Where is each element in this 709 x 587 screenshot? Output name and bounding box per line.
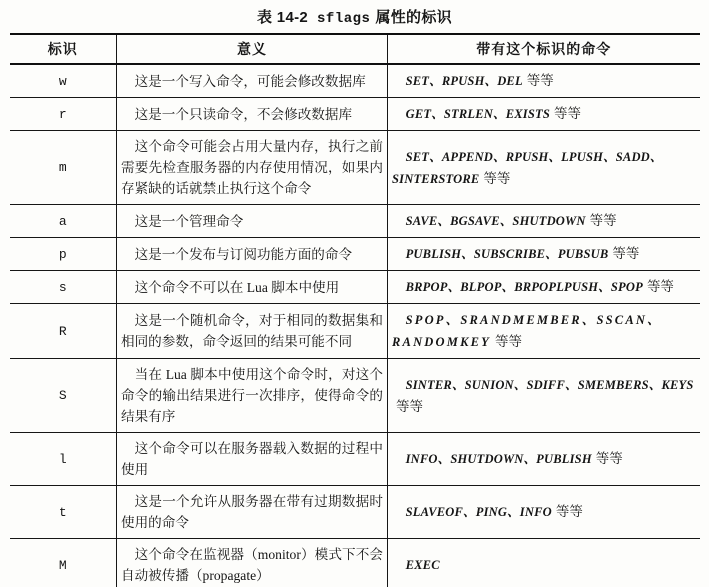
etc-suffix: 等等 [396, 399, 423, 414]
command-names: SPOP、SRANDMEMBER、SSCAN、RANDOMKEY [392, 313, 662, 349]
flag-cell: r [10, 98, 117, 131]
meaning-cell: 这个命令在监视器（monitor）模式下不会自动被传播（propagate） [117, 539, 388, 587]
meaning-cell: 这个命令可能会占用大量内存，执行之前需要先检查服务器的内存使用情况，如果内存紧缺… [117, 131, 388, 205]
table-row: w 这是一个写入命令，可能会修改数据库 SET、RPUSH、DEL等等 [10, 64, 700, 98]
command-names: SET、APPEND、RPUSH、LPUSH、SADD、SINTERSTORE [392, 150, 663, 186]
commands-cell: SINTER、SUNION、SDIFF、SMEMBERS、KEYS等等 [388, 359, 700, 433]
table-row: R 这是一个随机命令，对于相同的数据集和相同的参数，命令返回的结果可能不同 SP… [10, 304, 700, 359]
table-row: l 这个命令可以在服务器载入数据的过程中使用 INFO、SHUTDOWN、PUB… [10, 433, 700, 486]
command-names: SLAVEOF、PING、INFO [406, 505, 552, 519]
flag-cell: a [10, 205, 117, 238]
commands-text: SPOP、SRANDMEMBER、SSCAN、RANDOMKEY等等 [392, 309, 696, 353]
table-body: w 这是一个写入命令，可能会修改数据库 SET、RPUSH、DEL等等 r 这是… [10, 64, 700, 587]
command-names: SET、RPUSH、DEL [406, 74, 523, 88]
commands-cell: SET、APPEND、RPUSH、LPUSH、SADD、SINTERSTORE等… [388, 131, 700, 205]
command-names: SAVE、BGSAVE、SHUTDOWN [406, 214, 586, 228]
etc-suffix: 等等 [495, 334, 522, 349]
meaning-text: 这是一个只读命令，不会修改数据库 [121, 104, 383, 125]
meaning-cell: 当在 Lua 脚本中使用这个命令时，对这个命令的输出结果进行一次排序，使得命令的… [117, 359, 388, 433]
meaning-cell: 这是一个管理命令 [117, 205, 388, 238]
commands-text: EXEC [392, 554, 696, 576]
caption-code-term: sflags [317, 11, 370, 27]
flag-cell: w [10, 64, 117, 98]
commands-text: SLAVEOF、PING、INFO等等 [392, 501, 696, 523]
commands-cell: SLAVEOF、PING、INFO等等 [388, 486, 700, 539]
meaning-text: 这是一个发布与订阅功能方面的命令 [121, 244, 383, 265]
meaning-text: 这个命令不可以在 Lua 脚本中使用 [121, 277, 383, 298]
commands-cell: SET、RPUSH、DEL等等 [388, 64, 700, 98]
commands-text: SET、APPEND、RPUSH、LPUSH、SADD、SINTERSTORE等… [392, 146, 696, 190]
table-caption: 表 14-2sflags属性的标识 [0, 0, 709, 27]
meaning-text: 这个命令可能会占用大量内存，执行之前需要先检查服务器的内存使用情况，如果内存紧缺… [121, 136, 383, 199]
flag-cell: m [10, 131, 117, 205]
commands-text: SINTER、SUNION、SDIFF、SMEMBERS、KEYS等等 [392, 374, 696, 417]
meaning-cell: 这是一个写入命令，可能会修改数据库 [117, 64, 388, 98]
table-row: m 这个命令可能会占用大量内存，执行之前需要先检查服务器的内存使用情况，如果内存… [10, 131, 700, 205]
commands-text: SET、RPUSH、DEL等等 [392, 70, 696, 92]
table-row: p 这是一个发布与订阅功能方面的命令 PUBLISH、SUBSCRIBE、PUB… [10, 238, 700, 271]
header-row: 标识 意义 带有这个标识的命令 [10, 34, 700, 64]
commands-cell: SAVE、BGSAVE、SHUTDOWN等等 [388, 205, 700, 238]
meaning-text: 这是一个允许从服务器在带有过期数据时使用的命令 [121, 491, 383, 533]
etc-suffix: 等等 [483, 171, 510, 186]
flag-cell: t [10, 486, 117, 539]
commands-cell: EXEC [388, 539, 700, 587]
meaning-cell: 这是一个允许从服务器在带有过期数据时使用的命令 [117, 486, 388, 539]
scanned-book-page: 表 14-2sflags属性的标识 标识 意义 带有这个标识的命令 w 这是一个… [0, 0, 709, 587]
flag-cell: M [10, 539, 117, 587]
flag-cell: l [10, 433, 117, 486]
etc-suffix: 等等 [590, 213, 617, 228]
command-names: PUBLISH、SUBSCRIBE、PUBSUB [406, 247, 609, 261]
meaning-text: 这个命令在监视器（monitor）模式下不会自动被传播（propagate） [121, 544, 383, 586]
flag-cell: s [10, 271, 117, 304]
caption-table-number: 表 14-2 [257, 9, 308, 26]
meaning-text: 这是一个管理命令 [121, 211, 383, 232]
sflags-table: 标识 意义 带有这个标识的命令 w 这是一个写入命令，可能会修改数据库 SET、… [10, 33, 700, 587]
meaning-text: 这个命令可以在服务器载入数据的过程中使用 [121, 438, 383, 480]
etc-suffix: 等等 [596, 451, 623, 466]
commands-cell: GET、STRLEN、EXISTS等等 [388, 98, 700, 131]
table-row: M 这个命令在监视器（monitor）模式下不会自动被传播（propagate）… [10, 539, 700, 587]
flag-cell: S [10, 359, 117, 433]
command-names: INFO、SHUTDOWN、PUBLISH [406, 452, 592, 466]
commands-text: GET、STRLEN、EXISTS等等 [392, 103, 696, 125]
column-header-meaning: 意义 [117, 34, 388, 64]
etc-suffix: 等等 [527, 73, 554, 88]
caption-title-text: 属性的标识 [375, 9, 452, 26]
commands-text: BRPOP、BLPOP、BRPOPLPUSH、SPOP等等 [392, 276, 696, 298]
command-names: EXEC [406, 558, 440, 572]
commands-cell: BRPOP、BLPOP、BRPOPLPUSH、SPOP等等 [388, 271, 700, 304]
command-names: SINTER、SUNION、SDIFF、SMEMBERS、KEYS [406, 378, 694, 392]
etc-suffix: 等等 [554, 106, 581, 121]
table-row: a 这是一个管理命令 SAVE、BGSAVE、SHUTDOWN等等 [10, 205, 700, 238]
meaning-cell: 这个命令不可以在 Lua 脚本中使用 [117, 271, 388, 304]
meaning-text: 当在 Lua 脚本中使用这个命令时，对这个命令的输出结果进行一次排序，使得命令的… [121, 364, 383, 427]
etc-suffix: 等等 [647, 279, 674, 294]
meaning-cell: 这个命令可以在服务器载入数据的过程中使用 [117, 433, 388, 486]
commands-text: PUBLISH、SUBSCRIBE、PUBSUB等等 [392, 243, 696, 265]
etc-suffix: 等等 [556, 504, 583, 519]
commands-cell: PUBLISH、SUBSCRIBE、PUBSUB等等 [388, 238, 700, 271]
table-row: t 这是一个允许从服务器在带有过期数据时使用的命令 SLAVEOF、PING、I… [10, 486, 700, 539]
meaning-cell: 这是一个发布与订阅功能方面的命令 [117, 238, 388, 271]
commands-cell: INFO、SHUTDOWN、PUBLISH等等 [388, 433, 700, 486]
flag-cell: R [10, 304, 117, 359]
table-row: S 当在 Lua 脚本中使用这个命令时，对这个命令的输出结果进行一次排序，使得命… [10, 359, 700, 433]
column-header-flag: 标识 [10, 34, 117, 64]
command-names: BRPOP、BLPOP、BRPOPLPUSH、SPOP [406, 280, 643, 294]
meaning-cell: 这是一个随机命令，对于相同的数据集和相同的参数，命令返回的结果可能不同 [117, 304, 388, 359]
table-row: s 这个命令不可以在 Lua 脚本中使用 BRPOP、BLPOP、BRPOPLP… [10, 271, 700, 304]
table-row: r 这是一个只读命令，不会修改数据库 GET、STRLEN、EXISTS等等 [10, 98, 700, 131]
commands-text: SAVE、BGSAVE、SHUTDOWN等等 [392, 210, 696, 232]
meaning-text: 这是一个随机命令，对于相同的数据集和相同的参数，命令返回的结果可能不同 [121, 310, 383, 352]
meaning-cell: 这是一个只读命令，不会修改数据库 [117, 98, 388, 131]
etc-suffix: 等等 [612, 246, 639, 261]
commands-text: INFO、SHUTDOWN、PUBLISH等等 [392, 448, 696, 470]
commands-cell: SPOP、SRANDMEMBER、SSCAN、RANDOMKEY等等 [388, 304, 700, 359]
column-header-commands: 带有这个标识的命令 [388, 34, 700, 64]
meaning-text: 这是一个写入命令，可能会修改数据库 [121, 71, 383, 92]
flag-cell: p [10, 238, 117, 271]
command-names: GET、STRLEN、EXISTS [406, 107, 550, 121]
